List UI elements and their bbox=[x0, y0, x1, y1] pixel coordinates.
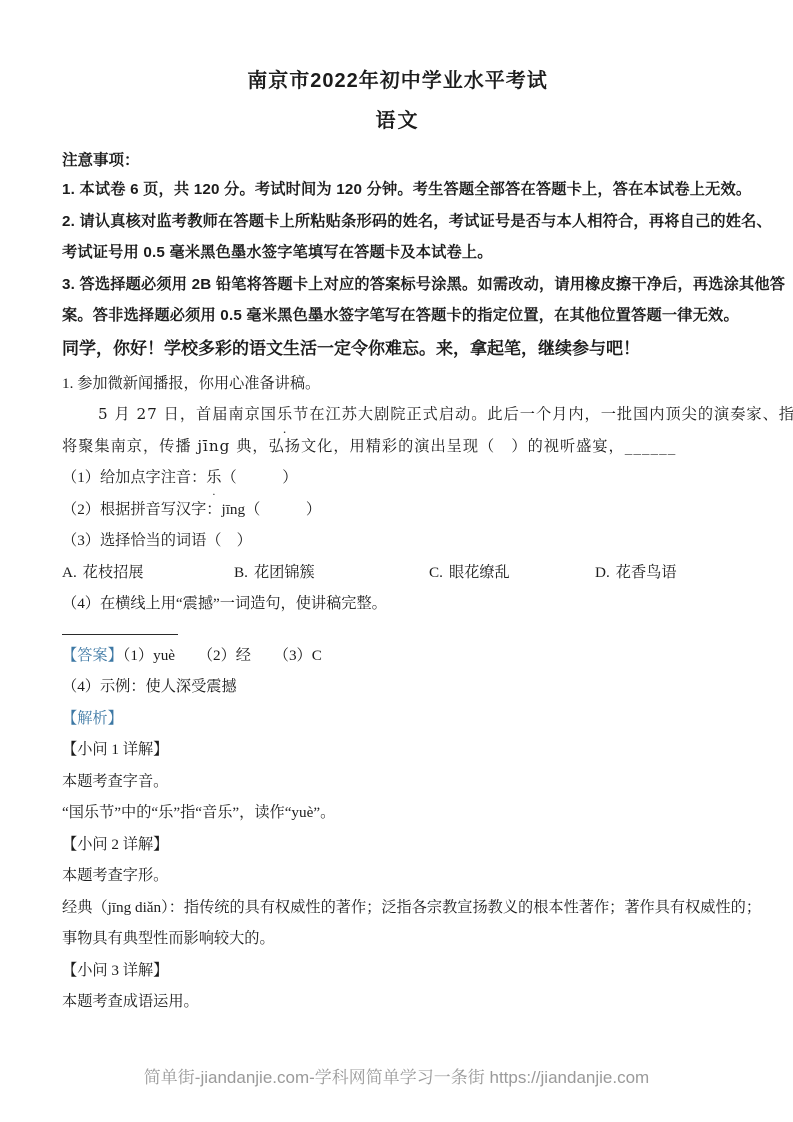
answer-line-2: （4）示例：使人深受震撼 bbox=[62, 671, 733, 703]
option-d-label: D. bbox=[595, 564, 610, 581]
analysis-label: 【解析】 bbox=[62, 703, 733, 735]
sub-question-1: （1）给加点字注音：乐（ ） bbox=[62, 462, 733, 494]
analysis-1-line-1: 本题考查字音。 bbox=[62, 766, 733, 798]
sub-question-4: （4）在横线上用“震撼”一词造句，使讲稿完整。 bbox=[62, 588, 733, 620]
option-c-label: C. bbox=[429, 564, 443, 581]
answer-values: （1）yuè （2）经 （3）C bbox=[123, 647, 322, 664]
page-title: 南京市2022年初中学业水平考试 bbox=[62, 68, 733, 94]
question-passage: 5 月 27 日，首届南京国乐节在江苏大剧院正式启动。此后一个月内，一批国内顶尖… bbox=[62, 399, 733, 462]
answer-label: 【答案】 bbox=[62, 647, 123, 664]
analysis-2-line-1: 本题考查字形。 bbox=[62, 860, 733, 892]
subject-title: 语文 bbox=[62, 108, 733, 134]
analysis-2-heading: 【小问 2 详解】 bbox=[62, 829, 733, 861]
passage-text-post: 节在江苏大剧院正式启动。此后一个月内，一批国内顶尖的演奏家、指挥家 bbox=[293, 405, 793, 423]
notice-item-3: 3. 答选择题必须用 2B 铅笔将答题卡上对应的答案标号涂黑。如需改动，请用橡皮… bbox=[62, 269, 733, 332]
analysis-section-2: 【小问 2 详解】 本题考查字形。 经典（jīng diǎn）：指传统的具有权威… bbox=[62, 829, 733, 955]
passage-line-1: 5 月 27 日，首届南京国乐节在江苏大剧院正式启动。此后一个月内，一批国内顶尖… bbox=[62, 399, 733, 431]
option-b-label: B. bbox=[234, 564, 248, 581]
answer-divider-line bbox=[62, 634, 178, 635]
notice-item-3-line-1: 3. 答选择题必须用 2B 铅笔将答题卡上对应的答案标号涂黑。如需改动，请用橡皮… bbox=[62, 269, 733, 301]
notice-item-2-line-2: 考试证号用 0.5 毫米黑色墨水签字笔填写在答题卡及本试卷上。 bbox=[62, 237, 733, 269]
dotted-char-yue-2: 乐 bbox=[206, 462, 221, 494]
analysis-section-3: 【小问 3 详解】 本题考查成语运用。 bbox=[62, 955, 733, 1018]
analysis-1-line-2: “国乐节”中的“乐”指“音乐”，读作“yuè”。 bbox=[62, 797, 733, 829]
analysis-2-line-3: 事物具有典型性而影响较大的。 bbox=[62, 923, 733, 955]
notice-item-3-line-2: 案。答非选择题必须用 0.5 毫米黑色墨水签字笔写在答题卡的指定位置，在其他位置… bbox=[62, 300, 733, 332]
option-d-text: 花香鸟语 bbox=[616, 564, 677, 581]
option-b: B.花团锦簇 bbox=[234, 557, 429, 589]
option-d: D.花香鸟语 bbox=[595, 557, 677, 589]
site-watermark-footer: 简单街-jiandanjie.com-学科网简单学习一条街 https://ji… bbox=[0, 1063, 793, 1088]
answer-line-1: 【答案】（1）yuè （2）经 （3）C bbox=[62, 640, 733, 672]
analysis-3-line-1: 本题考查成语运用。 bbox=[62, 986, 733, 1018]
notice-item-2-line-1: 2. 请认真核对监考教师在答题卡上所粘贴条形码的姓名，考试证号是否与本人相符合，… bbox=[62, 206, 733, 238]
sub-question-1-text: （1）给加点字注音： bbox=[62, 469, 206, 486]
greeting-line: 同学，你好！学校多彩的语文生活一定令你难忘。来，拿起笔，继续参与吧！ bbox=[62, 332, 733, 366]
sub-question-1-bracket: （ ） bbox=[221, 469, 297, 486]
notice-section: 注意事项： 1. 本试卷 6 页，共 120 分。考试时间为 120 分钟。考生… bbox=[62, 148, 733, 332]
notice-item-2: 2. 请认真核对监考教师在答题卡上所粘贴条形码的姓名，考试证号是否与本人相符合，… bbox=[62, 206, 733, 269]
passage-line-2: 将聚集南京，传播 jīng 典，弘扬文化，用精彩的演出呈现（ ）的视听盛宴，__… bbox=[62, 431, 733, 463]
passage-text-line2: 将聚集南京，传播 jīng 典，弘扬文化，用精彩的演出呈现（ ）的视听盛宴， bbox=[62, 437, 625, 455]
sub-question-2: （2）根据拼音写汉字：jīng（ ） bbox=[62, 494, 733, 526]
analysis-2-line-2: 经典（jīng diǎn）：指传统的具有权威性的著作；泛指各宗教宣扬教义的根本性… bbox=[62, 892, 733, 924]
analysis-1-heading: 【小问 1 详解】 bbox=[62, 734, 733, 766]
option-c-text: 眼花缭乱 bbox=[449, 564, 510, 581]
option-a-label: A. bbox=[62, 564, 77, 581]
question-1-intro: 1. 参加微新闻播报，你用心准备讲稿。 bbox=[62, 368, 733, 400]
option-b-text: 花团锦簇 bbox=[254, 564, 315, 581]
dotted-char-yue: 乐 bbox=[277, 399, 293, 431]
exam-document-page: 南京市2022年初中学业水平考试 语文 注意事项： 1. 本试卷 6 页，共 1… bbox=[0, 0, 793, 1018]
passage-text-pre: 5 月 27 日，首届南京国 bbox=[98, 405, 277, 423]
option-a: A.花枝招展 bbox=[62, 557, 234, 589]
analysis-section-1: 【小问 1 详解】 本题考查字音。 “国乐节”中的“乐”指“音乐”，读作“yuè… bbox=[62, 734, 733, 829]
notice-item-1: 1. 本试卷 6 页，共 120 分。考试时间为 120 分钟。考生答题全部答在… bbox=[62, 174, 733, 206]
fill-in-blank: ______ bbox=[625, 437, 677, 455]
sub-question-3: （3）选择恰当的词语（ ） bbox=[62, 525, 733, 557]
option-a-text: 花枝招展 bbox=[83, 564, 144, 581]
notice-heading: 注意事项： bbox=[62, 148, 733, 174]
choice-options-row: A.花枝招展 B.花团锦簇 C.眼花缭乱 D.花香鸟语 bbox=[62, 557, 733, 589]
option-c: C.眼花缭乱 bbox=[429, 557, 595, 589]
analysis-3-heading: 【小问 3 详解】 bbox=[62, 955, 733, 987]
